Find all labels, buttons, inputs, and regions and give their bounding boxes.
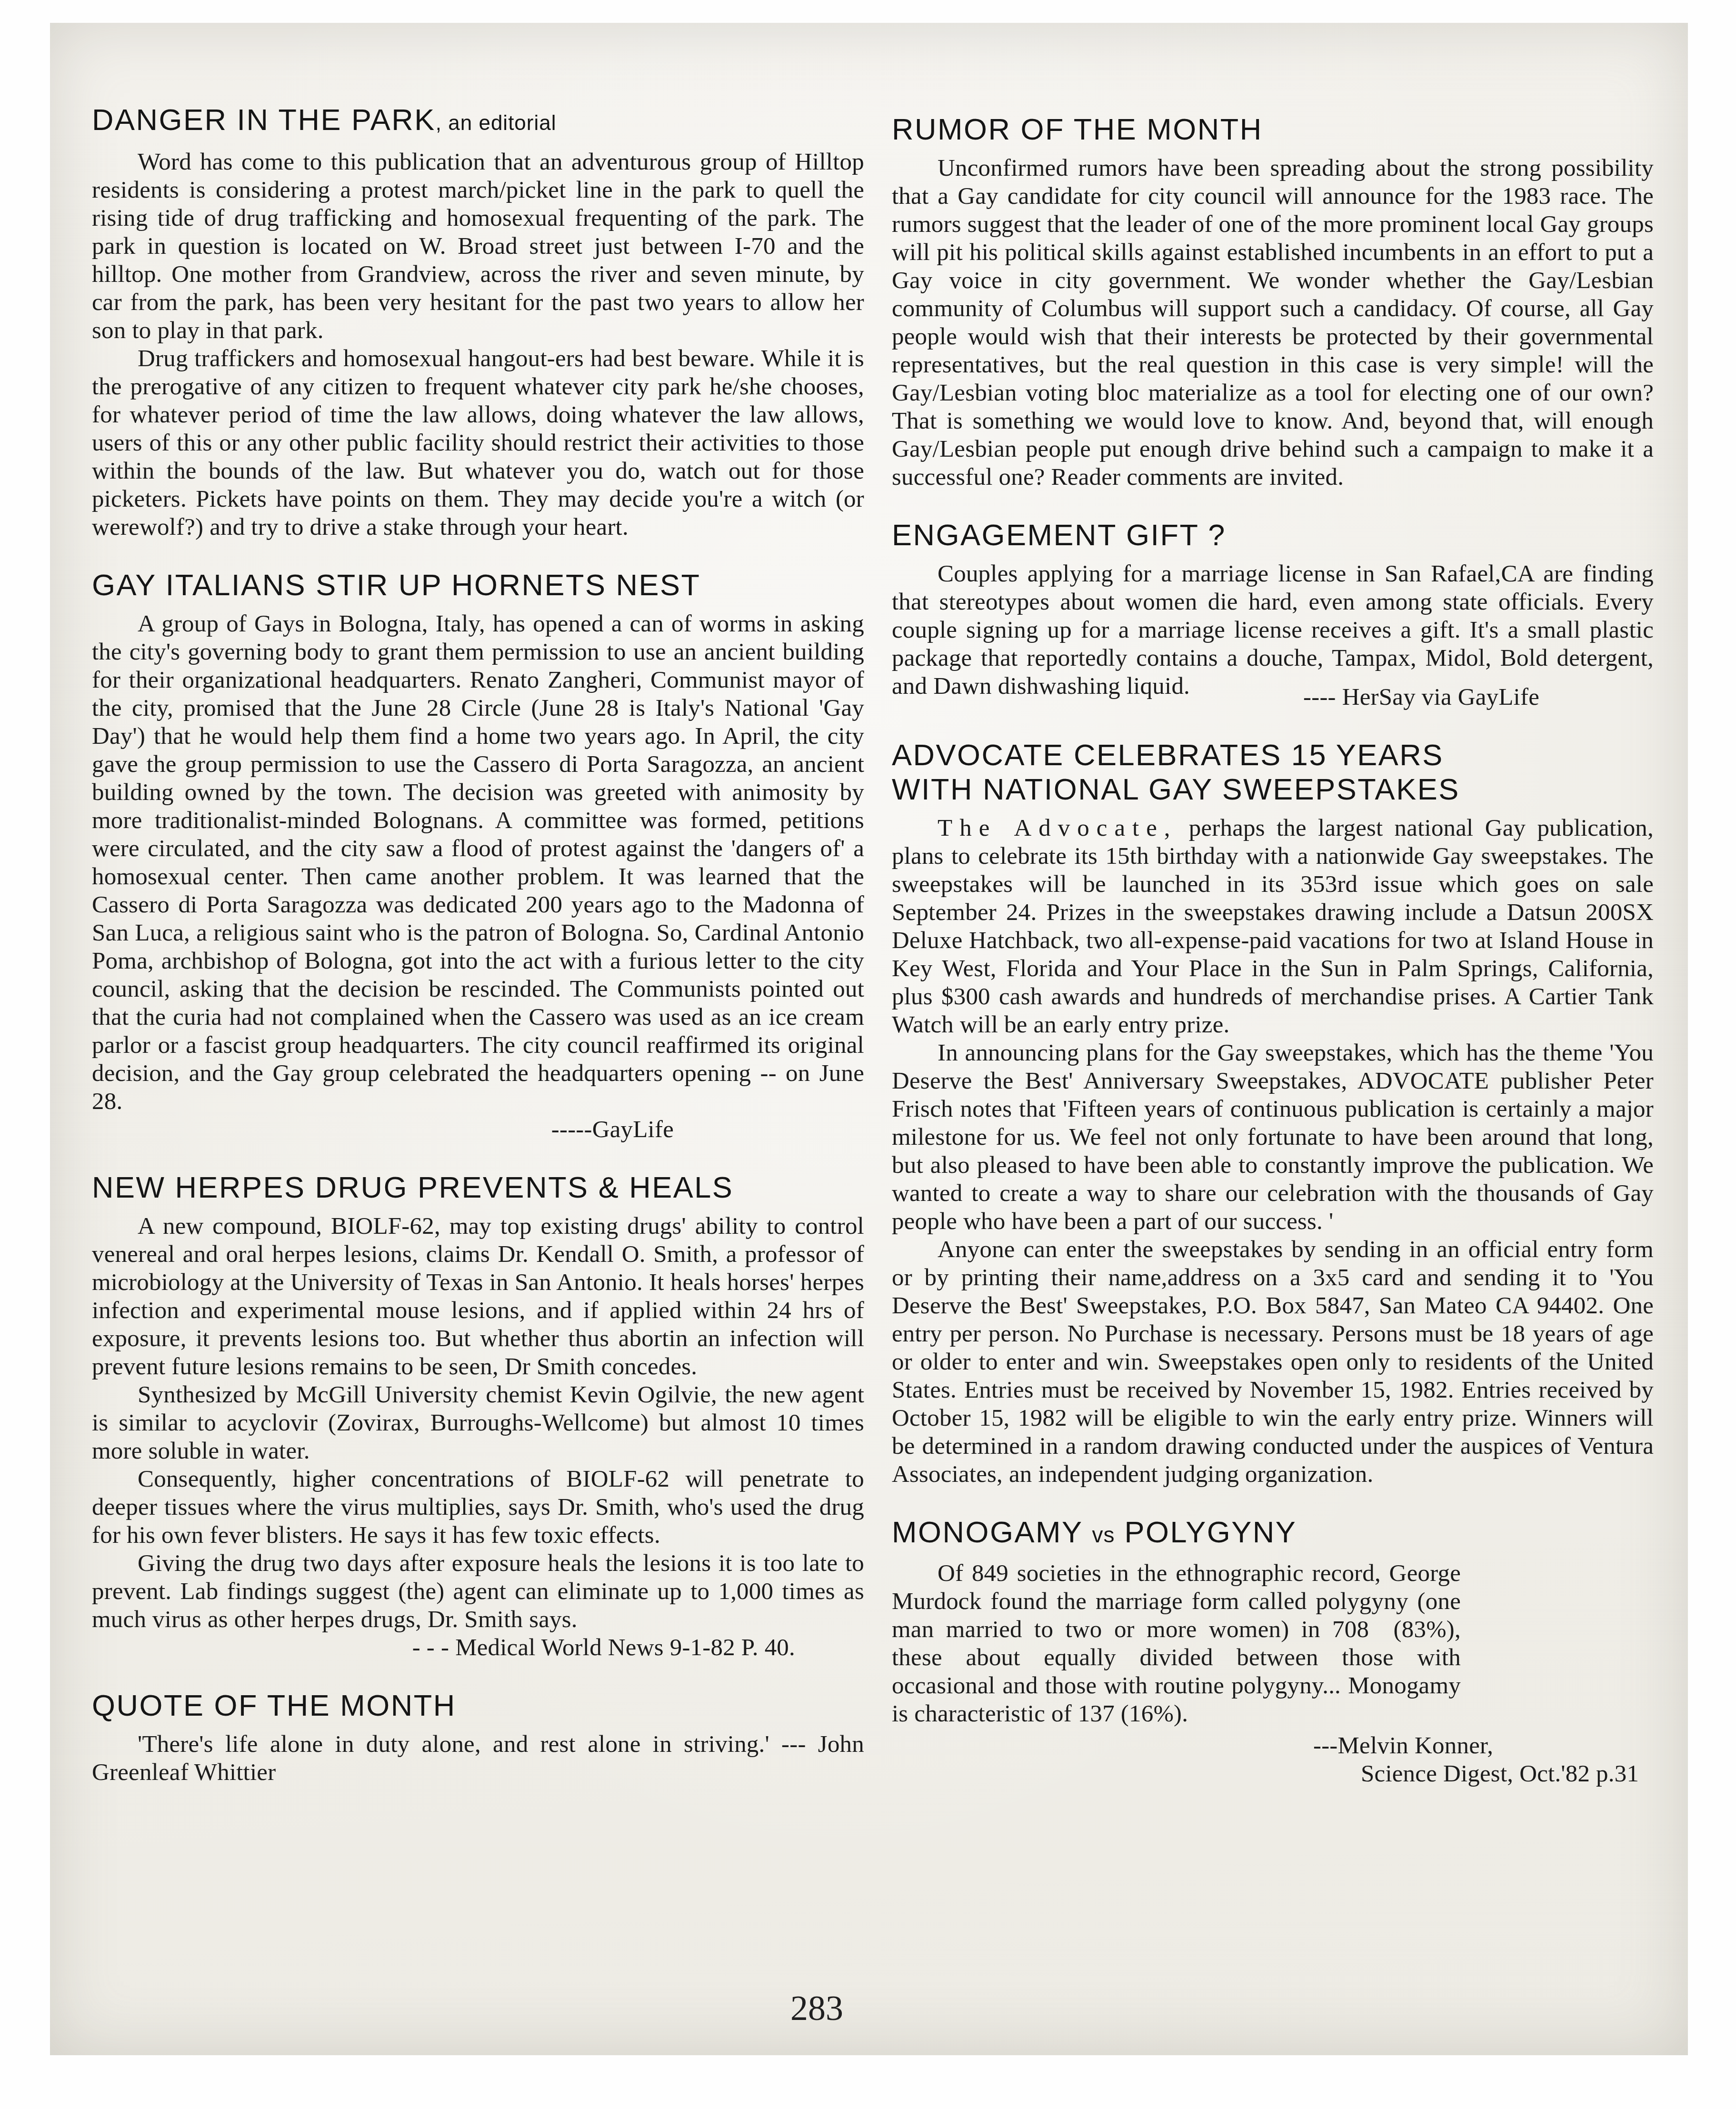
source-credit: - - - Medical World News 9-1-82 P. 40.	[92, 1634, 864, 1662]
title-word-vs: vs	[1092, 1522, 1115, 1547]
paragraph-text: perhaps the largest national Gay publica…	[892, 815, 1654, 1038]
article-rumor-of-the-month: RUMOR OF THE MONTH Unconfirmed rumors ha…	[892, 112, 1654, 491]
body-paragraph: The Advocate, perhaps the largest nation…	[892, 814, 1654, 1039]
article-danger-in-the-park: DANGER IN THE PARK, an editorial Word ha…	[92, 103, 864, 541]
right-column: RUMOR OF THE MONTH Unconfirmed rumors ha…	[892, 112, 1654, 1788]
title-word: MONOGAMY	[892, 1516, 1082, 1549]
article-title: ENGAGEMENT GIFT ?	[892, 518, 1654, 552]
body-paragraph: In announcing plans for the Gay sweepsta…	[892, 1039, 1654, 1236]
article-monogamy-vs-polygyny: MONOGAMY vs POLYGYNY Of 849 societies in…	[892, 1515, 1654, 1788]
article-title: QUOTE OF THE MONTH	[92, 1689, 864, 1723]
page-number: 283	[790, 1989, 843, 2029]
article-advocate-sweepstakes: ADVOCATE CELEBRATES 15 YEARSWITH NATIONA…	[892, 738, 1654, 1489]
source-credit: ---Melvin Konner,Science Digest, Oct.'82…	[892, 1732, 1654, 1788]
body-paragraph: Word has come to this publication that a…	[92, 148, 864, 345]
scanned-newsletter-page: DANGER IN THE PARK, an editorial Word ha…	[50, 23, 1688, 2055]
body-paragraph: Couples applying for a marriage license …	[892, 560, 1654, 700]
left-column: DANGER IN THE PARK, an editorial Word ha…	[92, 103, 864, 1787]
title-text: DANGER IN THE PARK	[92, 103, 436, 137]
body-paragraph: Drug traffickers and homosexual hangout-…	[92, 345, 864, 541]
body-paragraph: 'There's life alone in duty alone, and r…	[92, 1730, 864, 1787]
credit-line: ---Melvin Konner,	[1313, 1732, 1654, 1760]
body-paragraph: A group of Gays in Bologna, Italy, has o…	[92, 610, 864, 1116]
body-paragraph: Giving the drug two days after exposure …	[92, 1549, 864, 1634]
lead-in-text: The Advocate,	[938, 815, 1177, 841]
body-paragraph: A new compound, BIOLF-62, may top existi…	[92, 1212, 864, 1381]
article-title: ADVOCATE CELEBRATES 15 YEARSWITH NATIONA…	[892, 738, 1654, 807]
title-line-1: ADVOCATE CELEBRATES 15 YEARS	[892, 738, 1654, 772]
credit-line: Science Digest, Oct.'82 p.31	[1361, 1760, 1654, 1788]
article-title: MONOGAMY vs POLYGYNY	[892, 1515, 1654, 1552]
source-credit: -----GayLife	[92, 1116, 864, 1144]
body-paragraph: Of 849 societies in the ethnographic rec…	[892, 1559, 1461, 1728]
title-line-2: WITH NATIONAL GAY SWEEPSTAKES	[892, 772, 1654, 807]
article-title: RUMOR OF THE MONTH	[892, 112, 1654, 147]
body-paragraph: Synthesized by McGill University chemist…	[92, 1381, 864, 1465]
article-title: DANGER IN THE PARK, an editorial	[92, 103, 864, 140]
title-word: POLYGYNY	[1124, 1516, 1297, 1549]
body-paragraph: Unconfirmed rumors have been spreading a…	[892, 154, 1654, 491]
article-engagement-gift: ENGAGEMENT GIFT ? Couples applying for a…	[892, 518, 1654, 711]
body-paragraph: Consequently, higher concentrations of B…	[92, 1465, 864, 1549]
article-new-herpes-drug: NEW HERPES DRUG PREVENTS & HEALS A new c…	[92, 1170, 864, 1662]
article-quote-of-the-month: QUOTE OF THE MONTH 'There's life alone i…	[92, 1689, 864, 1787]
article-gay-italians-hornets-nest: GAY ITALIANS STIR UP HORNETS NEST A grou…	[92, 568, 864, 1144]
body-paragraph: Anyone can enter the sweepstakes by send…	[892, 1236, 1654, 1489]
article-title: GAY ITALIANS STIR UP HORNETS NEST	[92, 568, 864, 602]
article-title: NEW HERPES DRUG PREVENTS & HEALS	[92, 1170, 864, 1205]
title-subtitle: , an editorial	[436, 111, 557, 135]
